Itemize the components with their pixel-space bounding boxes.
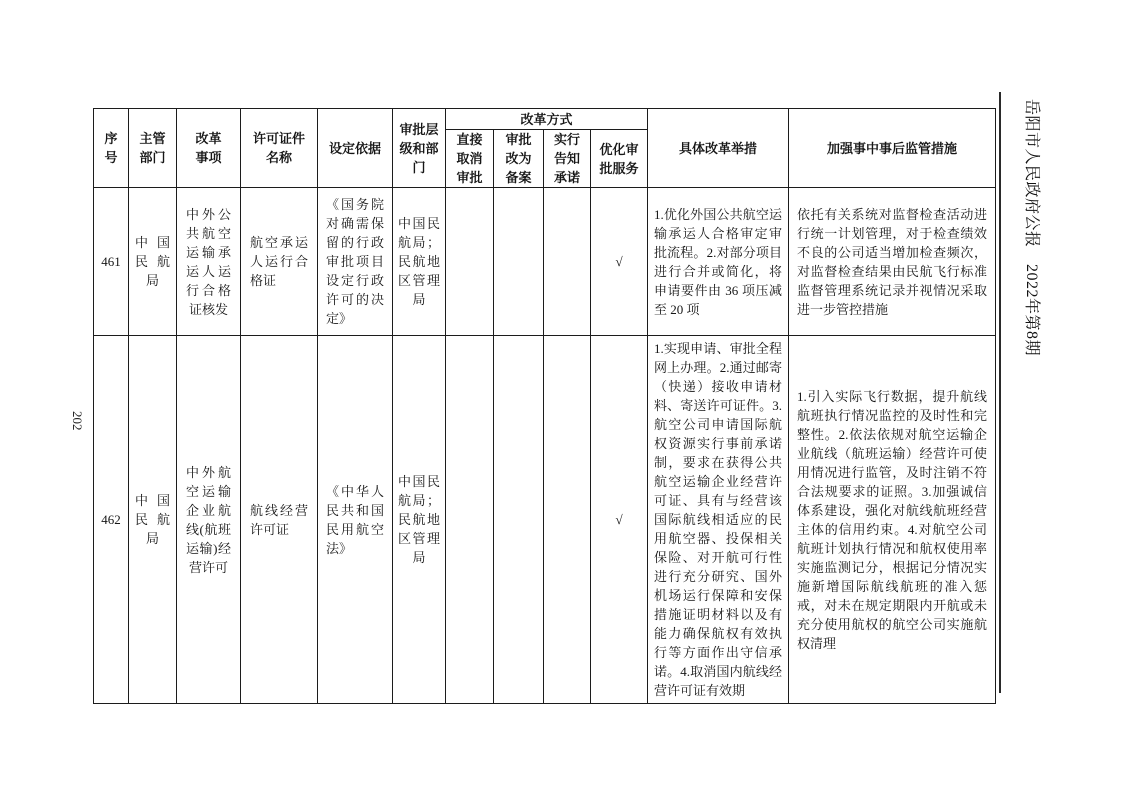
cell-license-name: 航线经营许可证 bbox=[241, 336, 318, 704]
cell-basis: 《中华人民共和国民用航空法》 bbox=[318, 336, 393, 704]
header-supervision: 加强事中事后监管措施 bbox=[789, 109, 996, 188]
cell-mode-optimize-check: √ bbox=[591, 188, 648, 336]
header-reform-mode: 改革方式 bbox=[446, 109, 648, 130]
page-number: 202 bbox=[69, 411, 86, 441]
cell-approval-level: 中国民航局；民航地区管理局 bbox=[393, 188, 446, 336]
table-header-row-1: 序号 主管部门 改革事项 许可证件名称 设定依据 审批层级和部门 改革方式 具体… bbox=[94, 109, 996, 130]
cell-mode-filing bbox=[494, 336, 544, 704]
header-approval-level: 审批层级和部门 bbox=[393, 109, 446, 188]
cell-measures: 1.优化外国公共航空运输承运人合格审定审批流程。2.对部分项目进行合并或简化，将… bbox=[648, 188, 789, 336]
cell-mode-cancel bbox=[446, 188, 494, 336]
header-department: 主管部门 bbox=[129, 109, 177, 188]
cell-mode-cancel bbox=[446, 336, 494, 704]
header-mode-filing: 审批改为备案 bbox=[494, 130, 544, 188]
cell-approval-level: 中国民航局；民航地区管理局 bbox=[393, 336, 446, 704]
header-measures: 具体改革举措 bbox=[648, 109, 789, 188]
cell-basis: 《国务院对确需保留的行政审批项目设定行政许可的决定》 bbox=[318, 188, 393, 336]
cell-department: 中国民航局 bbox=[129, 336, 177, 704]
header-index: 序号 bbox=[94, 109, 129, 188]
table-row-462: 462 中国民航局 中外航空运输企业航线(航班运输)经营许可 航线经营许可证 《… bbox=[94, 336, 996, 704]
journal-title-vertical: 岳阳市人民政府公报 2022年第8期 bbox=[1018, 99, 1045, 341]
cell-license-name: 航空承运人运行合格证 bbox=[241, 188, 318, 336]
cell-reform-item: 中外航空运输企业航线(航班运输)经营许可 bbox=[177, 336, 241, 704]
right-margin-rule bbox=[999, 92, 1001, 693]
cell-index: 461 bbox=[94, 188, 129, 336]
cell-reform-item: 中外公共航空运输承运人运行合格证核发 bbox=[177, 188, 241, 336]
header-mode-optimize: 优化审批服务 bbox=[591, 130, 648, 188]
cell-mode-filing bbox=[494, 188, 544, 336]
cell-mode-notify bbox=[544, 336, 591, 704]
cell-mode-notify bbox=[544, 188, 591, 336]
cell-index: 462 bbox=[94, 336, 129, 704]
header-license-name: 许可证件名称 bbox=[241, 109, 318, 188]
header-basis: 设定依据 bbox=[318, 109, 393, 188]
header-mode-notify: 实行告知承诺 bbox=[544, 130, 591, 188]
header-reform-item: 改革事项 bbox=[177, 109, 241, 188]
cell-supervision: 依托有关系统对监督检查活动进行统一计划管理，对于检查绩效不良的公司适当增加检查频… bbox=[789, 188, 996, 336]
gazette-page: 序号 主管部门 改革事项 许可证件名称 设定依据 审批层级和部门 改革方式 具体… bbox=[0, 0, 1122, 794]
table-row-461: 461 中国民航局 中外公共航空运输承运人运行合格证核发 航空承运人运行合格证 … bbox=[94, 188, 996, 336]
header-mode-cancel: 直接取消审批 bbox=[446, 130, 494, 188]
cell-supervision: 1.引入实际飞行数据，提升航线航班执行情况监控的及时性和完整性。2.依法依规对航… bbox=[789, 336, 996, 704]
cell-measures: 1.实现申请、审批全程网上办理。2.通过邮寄（快递）接收申请材料、寄送许可证件。… bbox=[648, 336, 789, 704]
reform-items-table: 序号 主管部门 改革事项 许可证件名称 设定依据 审批层级和部门 改革方式 具体… bbox=[93, 108, 996, 704]
cell-mode-optimize-check: √ bbox=[591, 336, 648, 704]
cell-department: 中国民航局 bbox=[129, 188, 177, 336]
